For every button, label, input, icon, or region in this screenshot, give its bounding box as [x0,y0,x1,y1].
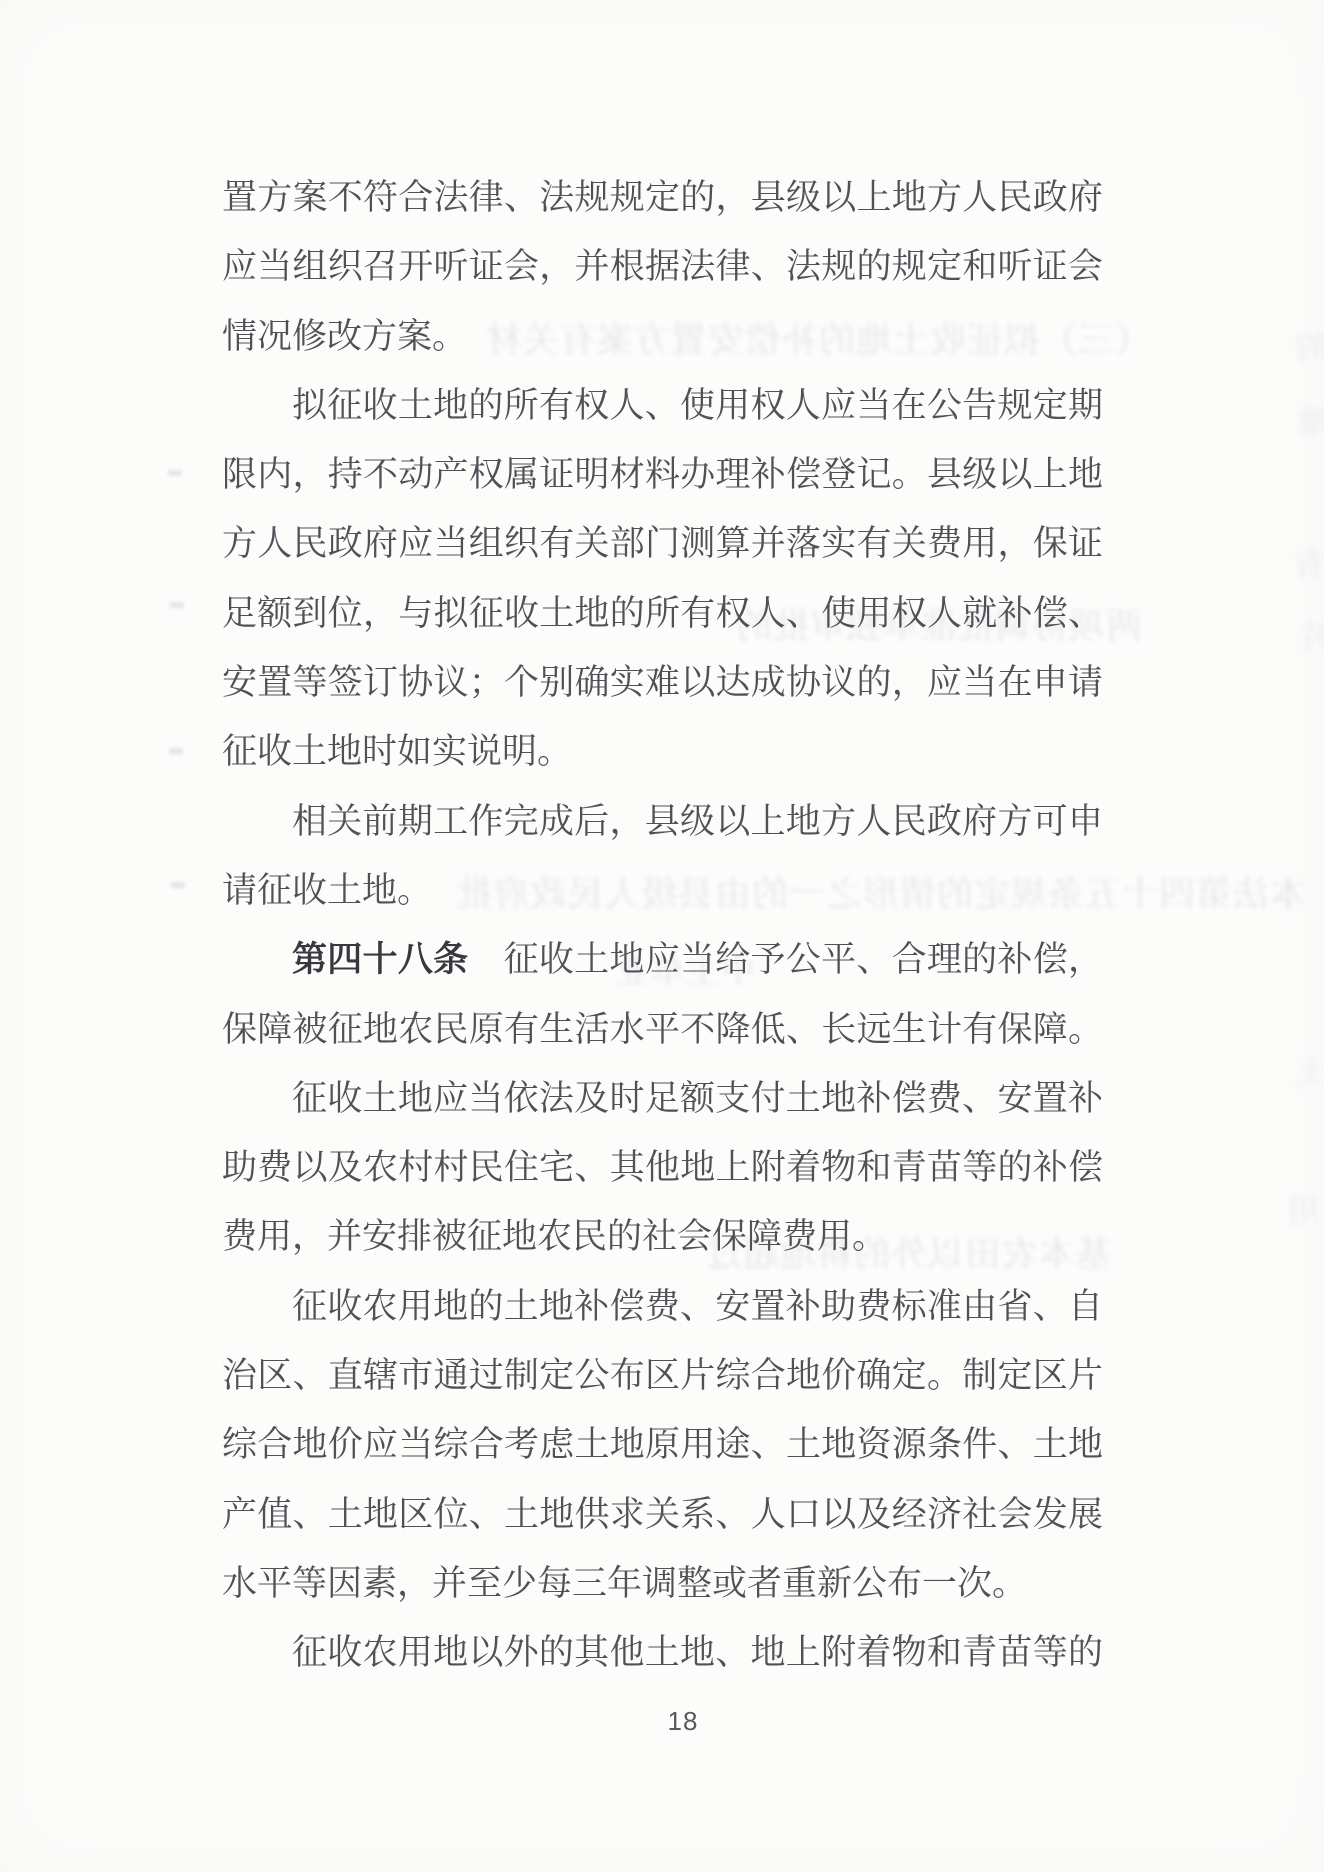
text-line: 第四十八条 征收土地应当给予公平、合理的补偿， [222,925,1103,994]
text-line: 产值、土地区位、土地供求关系、人口以及经济社会发展 [222,1480,1103,1549]
text-line: 征收农用地的土地补偿费、安置补助费标准由省、自 [222,1272,1103,1341]
text-line: 综合地价应当综合考虑土地原用途、土地资源条件、土地 [222,1410,1103,1479]
text-line: 情况修改方案。 [222,302,1103,371]
text-line: 征收农用地以外的其他土地、地上附着物和青苗等的 [222,1618,1103,1687]
text-line: 拟征收土地的所有权人、使用权人应当在公告规定期 [222,371,1103,440]
text-line: 征收土地应当依法及时足额支付土地补偿费、安置补 [222,1064,1103,1133]
text-line: 水平等因素，并至少每三年调整或者重新公布一次。 [222,1549,1103,1618]
text-line: 限内，持不动产权属证明材料办理补偿登记。县级以上地 [222,440,1103,509]
scan-artifact: 的 [1296,322,1324,368]
scan-artifact [170,602,184,608]
text-line: 安置等签订协议；个别确实难以达成协议的，应当在申请 [222,648,1103,717]
scan-artifact [171,882,185,888]
text-line: 置方案不符合法律、法规规定的，县级以上地方人民政府 [222,163,1103,232]
scan-artifact: 地 [1298,396,1324,442]
article-number: 第四十八条 [292,940,468,979]
text-line: 请征收土地。 [222,856,1103,925]
text-line: 保障被征地农民原有生活水平不降低、长远生计有保障。 [222,995,1103,1064]
scan-artifact: 片 [1297,612,1324,658]
scan-artifact [168,470,182,476]
body-text-block: 置方案不符合法律、法规规定的，县级以上地方人民政府应当组织召开听证会，并根据法律… [222,163,1103,1688]
document-page: （三）拟征收土地的补偿安置方案有关材两项协调批准单独审批的本法第四十五条规定的情… [0,0,1324,1872]
text-line: 方人民政府应当组织有关部门测算并落实有关费用，保证 [222,509,1103,578]
text-line: 治区、直辖市通过制定公布区片综合地价确定。制定区片 [222,1341,1103,1410]
page-number: 18 [668,1706,699,1737]
text-line: 助费以及农村村民住宅、其他地上附着物和青苗等的补偿 [222,1133,1103,1202]
scan-artifact: 用 [1288,1186,1320,1232]
text-line: 费用，并安排被征地农民的社会保障费用。 [222,1202,1103,1271]
text-line: 相关前期工作完成后，县级以上地方人民政府方可申 [222,787,1103,856]
text-line: 应当组织召开听证会，并根据法律、法规的规定和听证会 [222,232,1103,301]
scan-artifact: 土 [1295,1046,1324,1092]
scan-artifact [169,748,183,754]
text-line: 足额到位，与拟征收土地的所有权人、使用权人就补偿、 [222,579,1103,648]
text-line: 征收土地时如实说明。 [222,717,1103,786]
scan-artifact: 有 [1294,540,1324,586]
